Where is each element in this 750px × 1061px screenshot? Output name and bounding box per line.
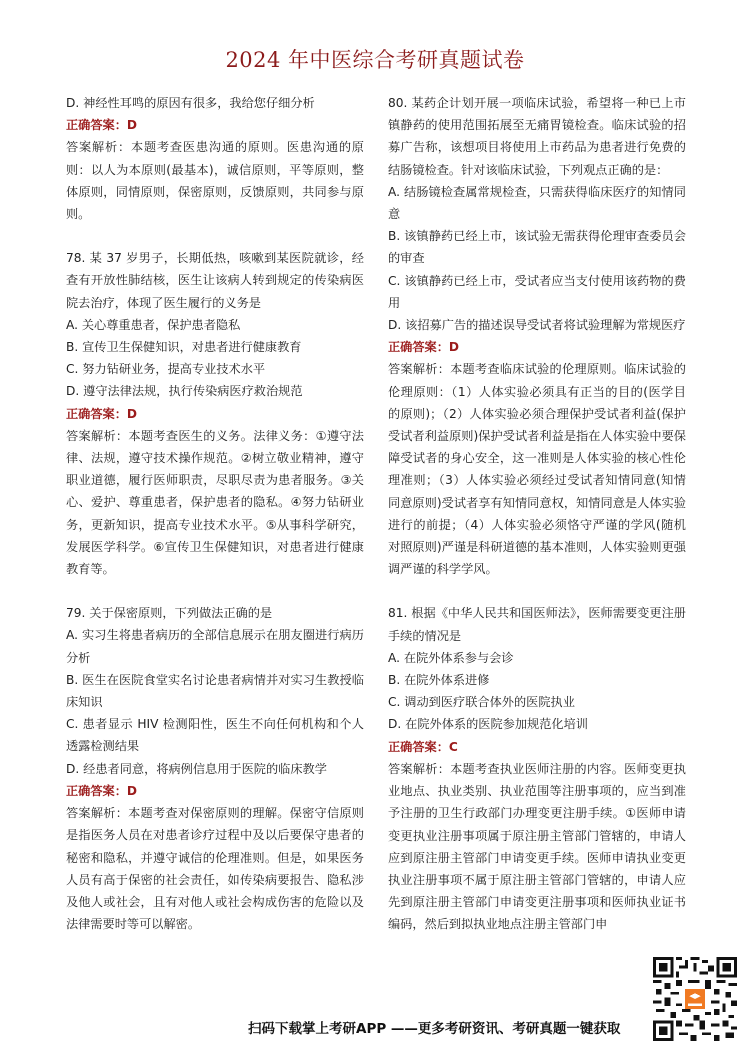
footer-promo-text: 扫码下载掌上考研APP ——更多考研资讯、考研真题一键获取 bbox=[248, 1017, 620, 1037]
answer-analysis: 答案解析：本题考查医生的义务。法律义务：①遵守法律、法规，遵守技术操作规范。②树… bbox=[66, 425, 364, 580]
option-d: D. 遵守法律法规，执行传染病医疗救治规范 bbox=[66, 380, 364, 402]
option-b: B. 该镇静药已经上市，该试验无需获得伦理审查委员会的审查 bbox=[388, 225, 686, 269]
question-78: 78. 某 37 岁男子，长期低热，咳嗽到某医院就诊，经查有开放性肺结核，医生让… bbox=[66, 247, 364, 580]
correct-answer: 正确答案：C bbox=[388, 736, 686, 758]
answer-analysis: 答案解析：本题考查对保密原则的理解。保密守信原则是指医务人员在对患者诊疗过程中及… bbox=[66, 802, 364, 935]
option-d: D. 神经性耳鸣的原因有很多，我给您仔细分析 bbox=[66, 92, 364, 114]
option-c: C. 调动到医疗联合体外的医院执业 bbox=[388, 691, 686, 713]
correct-answer: 正确答案：D bbox=[388, 336, 686, 358]
question-stem: 79. 关于保密原则，下列做法正确的是 bbox=[66, 602, 364, 624]
option-b: B. 医生在医院食堂实名讨论患者病情并对实习生教授临床知识 bbox=[66, 669, 364, 713]
question-77-tail: D. 神经性耳鸣的原因有很多，我给您仔细分析 正确答案：D 答案解析：本题考查医… bbox=[66, 92, 364, 225]
correct-answer: 正确答案：D bbox=[66, 780, 364, 802]
option-d: D. 该招募广告的描述误导受试者将试验理解为常规医疗 bbox=[388, 314, 686, 336]
option-a: A. 在院外体系参与会诊 bbox=[388, 647, 686, 669]
correct-answer: 正确答案：D bbox=[66, 403, 364, 425]
qr-code-icon[interactable] bbox=[653, 957, 737, 1041]
question-stem: 78. 某 37 岁男子，长期低热，咳嗽到某医院就诊，经查有开放性肺结核，医生让… bbox=[66, 247, 364, 314]
question-80: 80. 某药企计划开展一项临床试验，希望将一种已上市镇静药的使用范围拓展至无痛胃… bbox=[388, 92, 686, 580]
question-81: 81. 根据《中华人民共和国医师法》，医师需要变更注册手续的情况是 A. 在院外… bbox=[388, 602, 686, 935]
answer-analysis: 答案解析：本题考查医患沟通的原则。医患沟通的原则：以人为本原则(最基本)，诚信原… bbox=[66, 136, 364, 225]
option-c: C. 努力钻研业务，提高专业技术水平 bbox=[66, 358, 364, 380]
option-c: C. 患者显示 HIV 检测阳性，医生不向任何机构和个人透露检测结果 bbox=[66, 713, 364, 757]
answer-analysis: 答案解析：本题考查临床试验的伦理原则。临床试验的伦理原则：（1）人体实验必须具有… bbox=[388, 358, 686, 580]
right-column: 80. 某药企计划开展一项临床试验，希望将一种已上市镇静药的使用范围拓展至无痛胃… bbox=[388, 92, 686, 958]
option-a: A. 结肠镜检查属常规检查，只需获得临床医疗的知情同意 bbox=[388, 181, 686, 225]
question-79: 79. 关于保密原则，下列做法正确的是 A. 实习生将患者病历的全部信息展示在朋… bbox=[66, 602, 364, 935]
option-d: D. 在院外体系的医院参加规范化培训 bbox=[388, 713, 686, 735]
question-stem: 80. 某药企计划开展一项临床试验，希望将一种已上市镇静药的使用范围拓展至无痛胃… bbox=[388, 92, 686, 181]
left-column: D. 神经性耳鸣的原因有很多，我给您仔细分析 正确答案：D 答案解析：本题考查医… bbox=[66, 92, 364, 957]
correct-answer: 正确答案：D bbox=[66, 114, 364, 136]
option-a: A. 关心尊重患者，保护患者隐私 bbox=[66, 314, 364, 336]
option-c: C. 该镇静药已经上市，受试者应当支付使用该药物的费用 bbox=[388, 270, 686, 314]
option-a: A. 实习生将患者病历的全部信息展示在朋友圈进行病历分析 bbox=[66, 624, 364, 668]
page-title: 2024 年中医综合考研真题试卷 bbox=[0, 44, 750, 74]
option-d: D. 经患者同意，将病例信息用于医院的临床教学 bbox=[66, 758, 364, 780]
question-stem: 81. 根据《中华人民共和国医师法》，医师需要变更注册手续的情况是 bbox=[388, 602, 686, 646]
answer-analysis: 答案解析：本题考查执业医师注册的内容。医师变更执业地点、执业类别、执业范围等注册… bbox=[388, 758, 686, 936]
option-b: B. 在院外体系进修 bbox=[388, 669, 686, 691]
option-b: B. 宣传卫生保健知识，对患者进行健康教育 bbox=[66, 336, 364, 358]
